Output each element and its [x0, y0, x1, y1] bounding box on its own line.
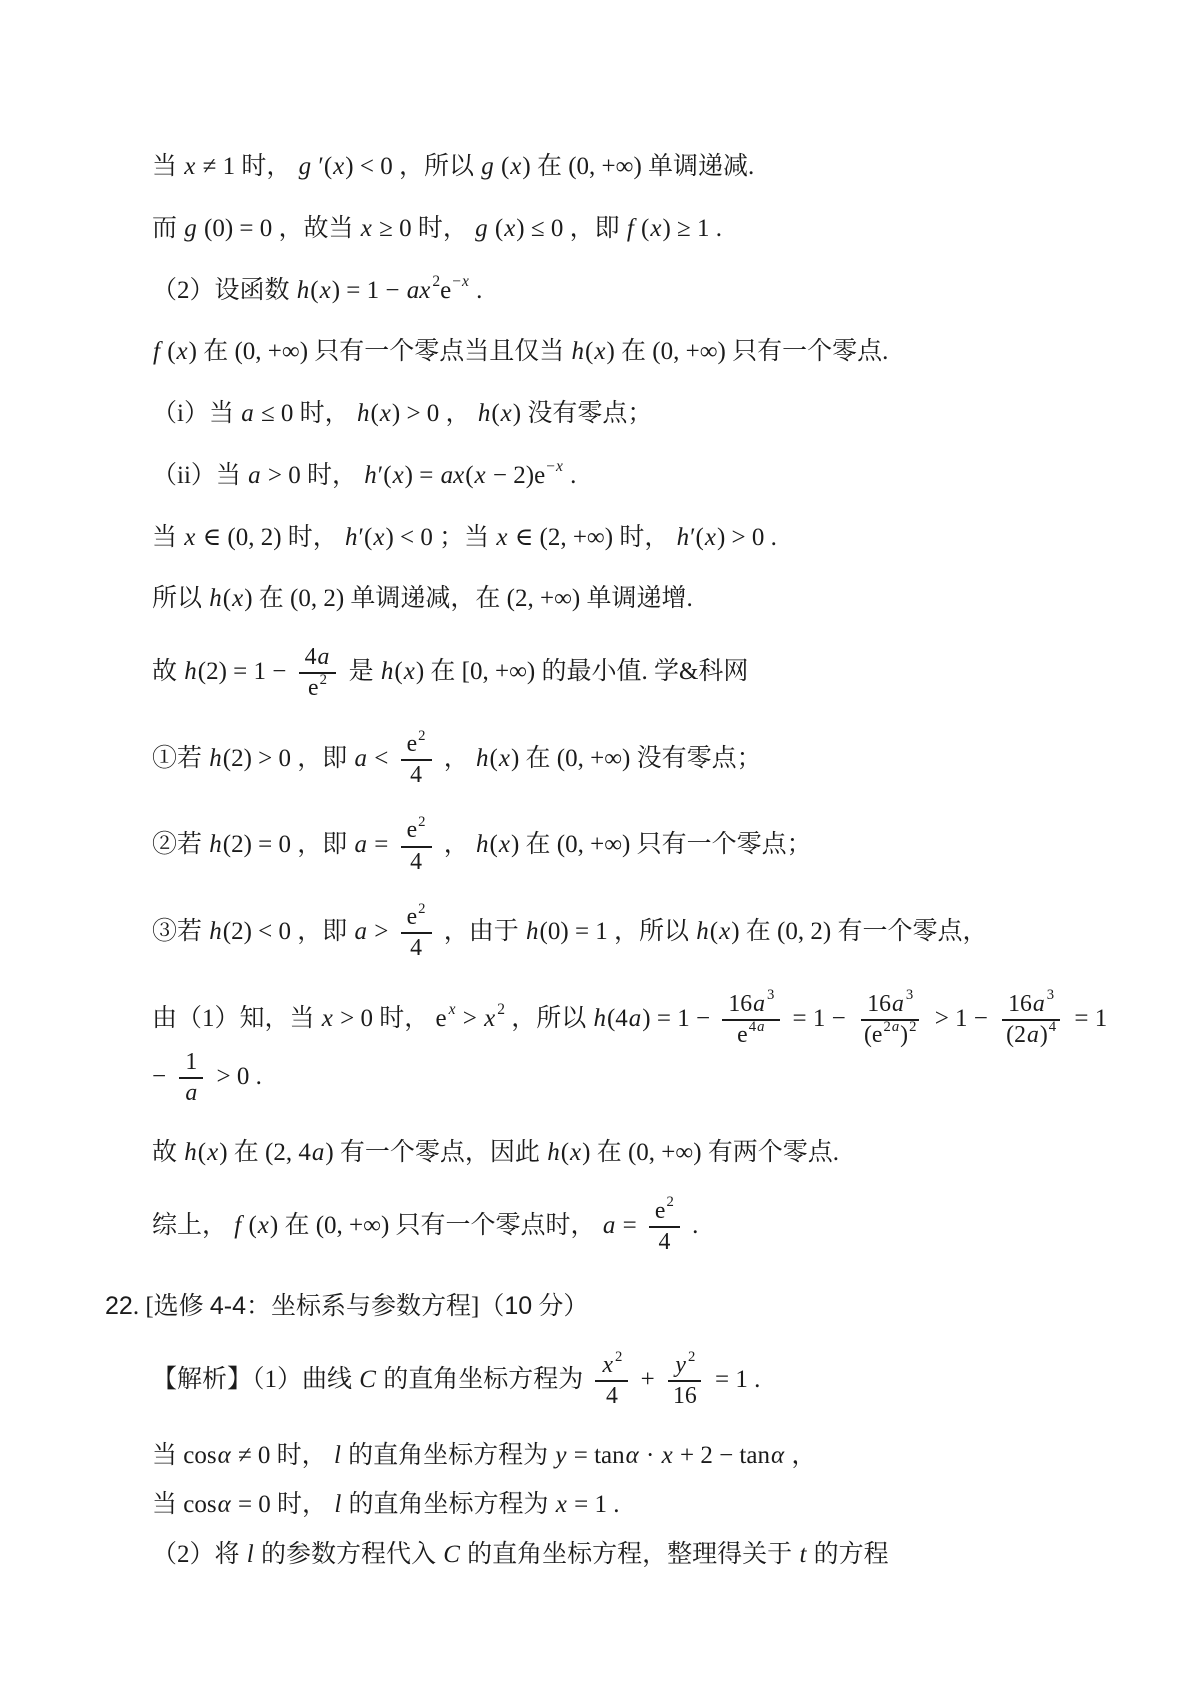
math-variable: y [674, 1352, 687, 1378]
sans-number: 10 [504, 1292, 532, 1320]
math-variable: x [176, 338, 189, 365]
superscript: 2 [497, 1001, 505, 1018]
sans-number: 4-4 [210, 1292, 246, 1320]
fraction-numerator: 1 [179, 1049, 203, 1079]
math-variable: x [372, 524, 385, 551]
fraction-numerator: e2 [649, 1198, 680, 1228]
math-variable: l [333, 1442, 342, 1469]
part2-substitute: （2）将 l 的参数方程代入 C 的直角坐标方程，整理得关于 t 的方程 [152, 1538, 1110, 1572]
fraction-denominator: e4a [731, 1021, 771, 1049]
math-variable: x [379, 400, 392, 427]
math-variable: α [625, 1442, 640, 1469]
math-variable: l [333, 1491, 342, 1518]
math-variable: x [206, 1139, 219, 1166]
math-variable: x [461, 273, 470, 290]
math-variable: h [477, 400, 492, 427]
math-variable: g [480, 153, 495, 180]
math-variable: x [503, 215, 516, 242]
fraction-denominator: 4 [404, 761, 428, 789]
superscript: 2 [615, 1349, 622, 1365]
fraction-numerator: y2 [668, 1352, 701, 1382]
math-variable: l [246, 1541, 255, 1568]
math-variable: x [661, 1442, 674, 1469]
superscript: 2 [418, 728, 425, 744]
math-variable: x [498, 831, 511, 858]
superscript: 2 [418, 901, 425, 917]
superscript: 2 [909, 1019, 916, 1035]
math-variable: x [231, 585, 244, 612]
math-variable: x [555, 458, 564, 475]
math-variable: α [217, 1491, 232, 1518]
math-variable: h [183, 1139, 198, 1166]
math-variable: h [676, 524, 691, 551]
fraction-numerator: 16a3 [722, 991, 780, 1021]
math-variable: f [626, 215, 635, 242]
fraction-denominator: 4 [652, 1228, 676, 1256]
fraction: 1a [178, 1049, 204, 1108]
math-variable: a [184, 1080, 198, 1106]
fraction-denominator: 16 [667, 1382, 703, 1410]
math-variable: x [495, 524, 508, 551]
math-variable: y [554, 1442, 567, 1469]
math-variable: x [500, 400, 513, 427]
math-variable: x [569, 1139, 582, 1166]
math-variable: h [356, 400, 371, 427]
math-variable: x [257, 1212, 270, 1239]
math-variable: a [756, 1019, 765, 1035]
math-variable: x [474, 462, 487, 489]
math-variable: x [392, 462, 405, 489]
math-variable: a [311, 1139, 326, 1166]
fraction: e24 [401, 731, 432, 790]
final-conclusion: 综上， f (x) 在 (0, +∞) 只有一个零点时， a = e24 . [152, 1198, 1110, 1257]
fraction-denominator: e2 [302, 674, 333, 702]
math-variable: h [571, 338, 586, 365]
math-variable: a [354, 831, 369, 858]
math-variable: g [183, 215, 198, 242]
math-variable: x [360, 215, 373, 242]
superscript: 2 [418, 814, 425, 830]
math-variable: f [152, 338, 161, 365]
superscript: 2 [320, 672, 327, 688]
part2-define-h: （2）设函数 h(x) = 1 − ax2e−x . [152, 274, 1110, 308]
fraction: 16a3(2a)4 [1000, 991, 1062, 1050]
fraction: e24 [401, 904, 432, 963]
two-zeros-conclusion: 故 h(x) 在 (2, 4a) 有一个零点，因此 h(x) 在 (0, +∞)… [152, 1136, 1110, 1170]
math-variable: α [770, 1442, 785, 1469]
analysis-part1-curve-c: 【解析】（1）曲线 C 的直角坐标方程为 x24 + y216 = 1 . [152, 1352, 1110, 1411]
math-variable: h [296, 277, 311, 304]
superscript: 2 [666, 1194, 673, 1210]
math-variable: x [483, 1005, 496, 1032]
math-variable: x [403, 658, 416, 685]
math-variable: a [247, 462, 262, 489]
math-variable: h [592, 1005, 607, 1032]
fraction-numerator: 4a [299, 644, 337, 674]
h-prime-signs: 当 x ∈ (0, 2) 时， h′(x) < 0 ；当 x ∈ (2, +∞)… [152, 521, 1110, 555]
h-monotonicity: 所以 h(x) 在 (0, 2) 单调递减，在 (2, +∞) 单调递增. [152, 582, 1110, 616]
case-i: （i）当 a ≤ 0 时， h(x) > 0 ， h(x) 没有零点； [152, 397, 1110, 431]
fraction: 16a3(e2a)2 [858, 991, 922, 1050]
math-variable: a [354, 918, 369, 945]
math-variable: h [208, 918, 223, 945]
superscript: −x [546, 458, 564, 475]
math-variable: C [358, 1366, 377, 1393]
math-variable: a [1032, 991, 1046, 1017]
math-variable: a [240, 400, 255, 427]
superscript: x [448, 1001, 457, 1018]
math-variable: x [183, 153, 196, 180]
math-variable: x [509, 153, 522, 180]
fraction: 16a3e4a [722, 991, 780, 1050]
math-variable: t [798, 1541, 807, 1568]
math-variable: x [332, 153, 345, 180]
math-variable: h [363, 462, 378, 489]
subcase-1: ①若 h(2) > 0 ，即 a < e24 ， h(x) 在 (0, +∞) … [152, 731, 1110, 790]
fraction-numerator: 16a3 [1002, 991, 1060, 1021]
sans-number: 22 [105, 1292, 133, 1320]
math-variable: h [208, 831, 223, 858]
fraction: e24 [401, 817, 432, 876]
math-variable: a [1026, 1022, 1040, 1048]
math-variable: ax [406, 277, 432, 304]
solution-lines: 当 x ≠ 1 时， g ′(x) < 0 ，所以 g (x) 在 (0, +∞… [152, 150, 1110, 1572]
math-variable: x [601, 1352, 614, 1378]
zero-equivalence: f (x) 在 (0, +∞) 只有一个零点当且仅当 h(x) 在 (0, +∞… [152, 335, 1110, 369]
superscript: 4a [749, 1019, 766, 1035]
subcase-3: ③若 h(2) < 0 ，即 a > e24 ，由于 h(0) = 1 ，所以 … [152, 904, 1110, 963]
fraction-numerator: e2 [401, 817, 432, 847]
math-variable: C [442, 1541, 461, 1568]
superscript: 4 [1049, 1019, 1056, 1035]
superscript: 3 [767, 987, 774, 1003]
math-variable: h [546, 1139, 561, 1166]
fraction: x24 [595, 1352, 628, 1411]
line-l-cos-zero: 当 cosα = 0 时， l 的直角坐标方程为 x = 1 . [152, 1488, 1110, 1522]
math-variable: a [891, 1019, 900, 1035]
superscript: 2 [432, 273, 440, 290]
superscript: 2a [883, 1019, 900, 1035]
math-variable: g [474, 215, 489, 242]
fraction: 4ae2 [299, 644, 337, 703]
math-variable: α [217, 1442, 232, 1469]
fraction: y216 [667, 1352, 703, 1411]
math-variable: a [628, 1005, 643, 1032]
math-variable: a [317, 644, 331, 670]
math-variable: a [354, 745, 369, 772]
fraction-denominator: 4 [404, 934, 428, 962]
problem-22-heading: 22. [选修 4-4：坐标系与参数方程]（10 分） [105, 1290, 1110, 1324]
h2-minimum: 故 h(2) = 1 − 4ae2 是 h(x) 在 [0, +∞) 的最小值.… [152, 644, 1110, 703]
math-variable: h [183, 658, 198, 685]
math-variable: h [344, 524, 359, 551]
g-decreasing-statement: 当 x ≠ 1 时， g ′(x) < 0 ，所以 g (x) 在 (0, +∞… [152, 150, 1110, 184]
fraction-denominator: (e2a)2 [858, 1021, 922, 1049]
math-variable: h [475, 745, 490, 772]
math-variable: h [475, 831, 490, 858]
fraction-denominator: a [178, 1079, 204, 1107]
superscript: −x [452, 273, 470, 290]
math-variable: x [704, 524, 717, 551]
superscript: 3 [1047, 987, 1054, 1003]
math-variable: x [183, 524, 196, 551]
math-variable: a [752, 991, 766, 1017]
h4a-inequality: 由（1）知，当 x > 0 时， ex > x2 ，所以 h(4a) = 1 −… [152, 991, 1110, 1108]
fraction-numerator: e2 [401, 904, 432, 934]
superscript: 2 [688, 1349, 695, 1365]
math-variable: x [593, 338, 606, 365]
math-variable: h [208, 585, 223, 612]
fraction-denominator: 4 [600, 1382, 624, 1410]
fraction-numerator: 16a3 [861, 991, 919, 1021]
math-variable: a [602, 1212, 617, 1239]
math-variable: h [695, 918, 710, 945]
math-variable: f [233, 1212, 242, 1239]
math-variable: x [448, 1001, 457, 1018]
subcase-2: ②若 h(2) = 0 ，即 a = e24 ， h(x) 在 (0, +∞) … [152, 817, 1110, 876]
fraction-denominator: 4 [404, 848, 428, 876]
math-variable: ax [440, 462, 466, 489]
math-variable: x [319, 277, 332, 304]
case-ii: （ii）当 a > 0 时， h′(x) = ax(x − 2)e−x . [152, 459, 1110, 493]
g0-statement: 而 g (0) = 0 ，故当 x ≥ 0 时， g (x) ≤ 0 ，即 f … [152, 212, 1110, 246]
fraction-denominator: (2a)4 [1000, 1021, 1062, 1049]
fraction-numerator: x2 [595, 1352, 628, 1382]
superscript: 3 [906, 987, 913, 1003]
line-l-cos-nonzero: 当 cosα ≠ 0 时， l 的直角坐标方程为 y = tanα · x + … [152, 1439, 1110, 1473]
math-variable: x [555, 1491, 568, 1518]
math-variable: x [718, 918, 731, 945]
math-variable: h [525, 918, 540, 945]
math-variable: h [208, 745, 223, 772]
fraction-numerator: e2 [401, 731, 432, 761]
math-variable: x [321, 1005, 334, 1032]
math-variable: x [649, 215, 662, 242]
math-variable: g [298, 153, 313, 180]
math-variable: x [498, 745, 511, 772]
math-variable: h [380, 658, 395, 685]
document-page: 当 x ≠ 1 时， g ′(x) < 0 ，所以 g (x) 在 (0, +∞… [0, 0, 1200, 1698]
fraction: e24 [649, 1198, 680, 1257]
math-variable: a [891, 991, 905, 1017]
